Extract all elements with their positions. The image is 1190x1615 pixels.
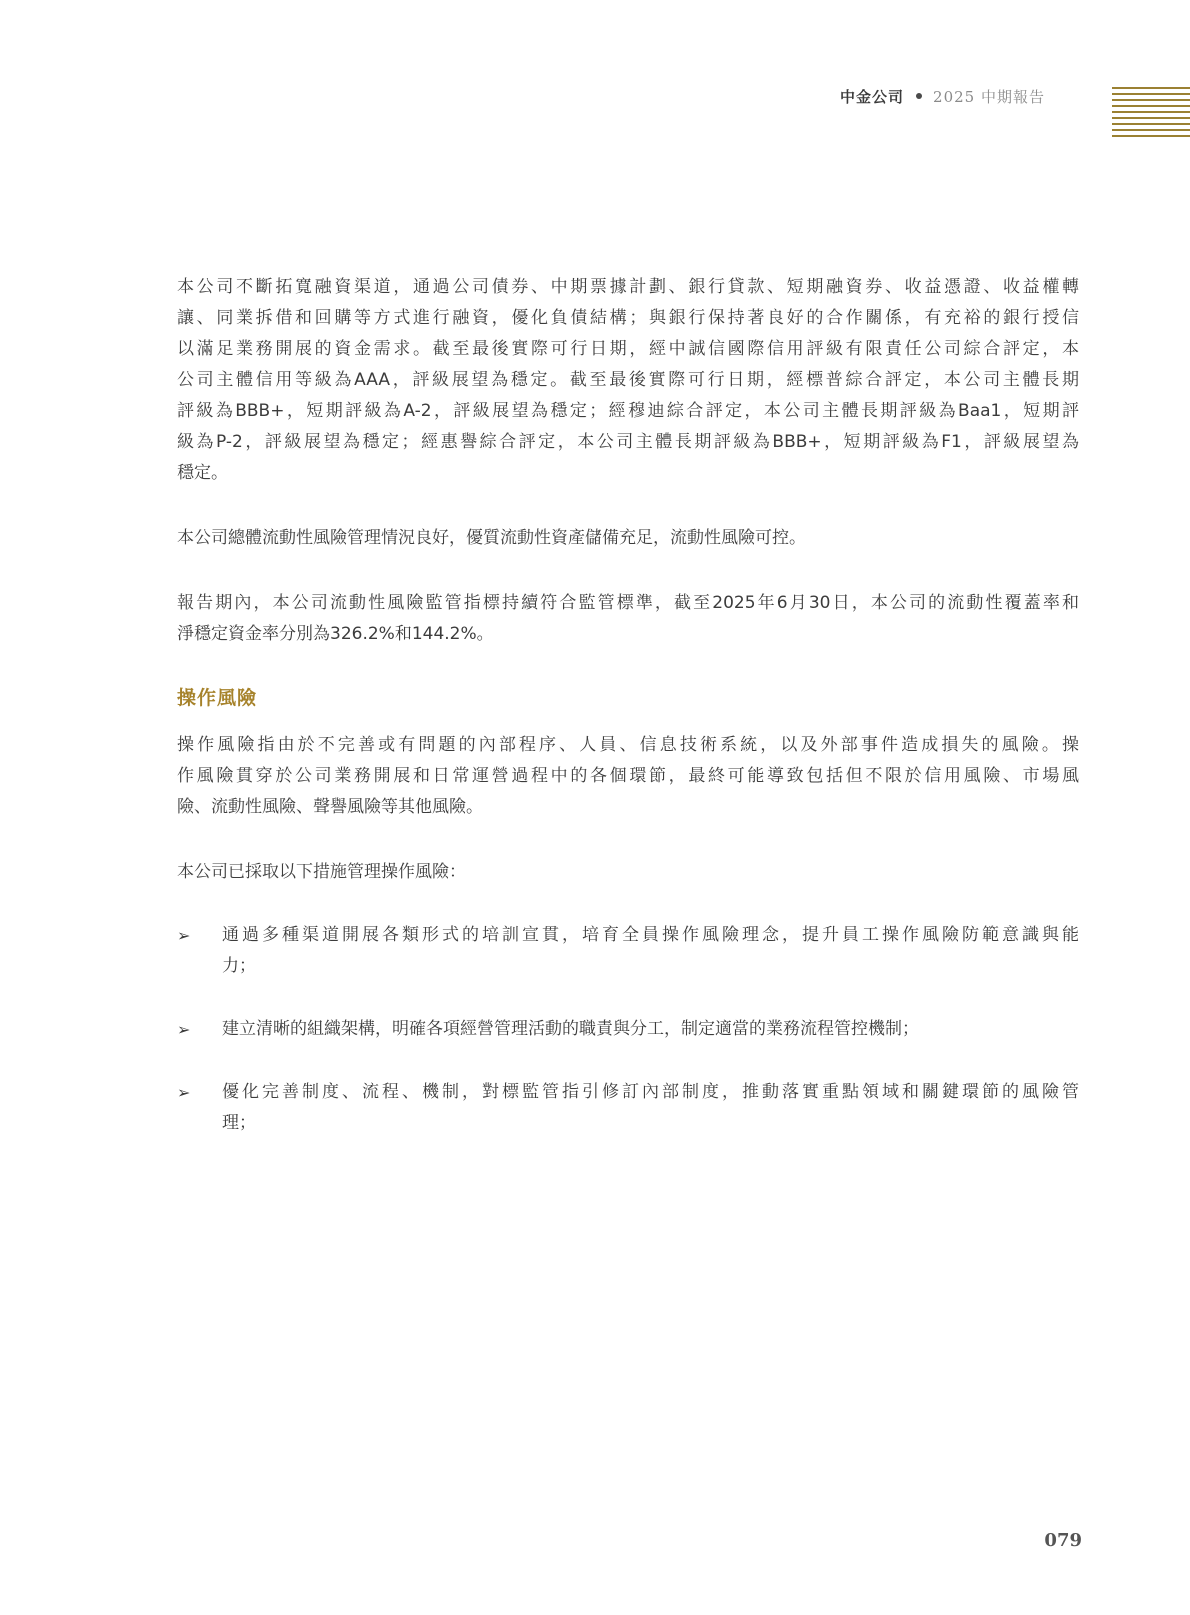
arrow-bullet-icon: ➢: [177, 1077, 197, 1108]
text-line: 建立清晰的組織架構，明確各項經營管理活動的職責與分工，制定適當的業務流程管控機制…: [222, 1014, 1079, 1045]
text-line: 報告期內，本公司流動性風險監管指標持續符合監管標準，截至2025年6月30日，本…: [177, 588, 1079, 619]
text-line: 本公司不斷拓寬融資渠道，通過公司債券、中期票據計劃、銀行貸款、短期融資券、收益憑…: [177, 272, 1079, 303]
text-line: 操作風險指由於不完善或有問題的內部程序、人員、信息技術系統，以及外部事件造成損失…: [177, 730, 1079, 761]
text-line: 本公司已採取以下措施管理操作風險：: [177, 857, 1079, 888]
arrow-bullet-icon: ➢: [177, 1014, 197, 1045]
list-item: ➢ 建立清晰的組織架構，明確各項經營管理活動的職責與分工，制定適當的業務流程管控…: [177, 1014, 1079, 1045]
text-line: 淨穩定資金率分別為326.2%和144.2%。: [177, 619, 1079, 650]
paragraph-liquidity-overall: 本公司總體流動性風險管理情況良好，優質流動性資產儲備充足，流動性風險可控。: [177, 523, 1079, 554]
paragraph-financing-channels: 本公司不斷拓寬融資渠道，通過公司債券、中期票據計劃、銀行貸款、短期融資券、收益憑…: [177, 272, 1079, 489]
text-line: 通過多種渠道開展各類形式的培訓宣貫，培育全員操作風險理念，提升員工操作風險防範意…: [222, 920, 1079, 951]
page-number: 079: [1012, 1530, 1082, 1551]
text-line: 作風險貫穿於公司業務開展和日常運營過程中的各個環節，最終可能導致包括但不限於信用…: [177, 761, 1079, 792]
text-line: 險、流動性風險、聲譽風險等其他風險。: [177, 792, 1079, 823]
list-item: ➢ 通過多種渠道開展各類形式的培訓宣貫，培育全員操作風險理念，提升員工操作風險防…: [177, 920, 1079, 982]
arrow-bullet-icon: ➢: [177, 920, 197, 951]
text-line: 以滿足業務開展的資金需求。截至最後實際可行日期，經中誠信國際信用評級有限責任公司…: [177, 334, 1079, 365]
text-line: 優化完善制度、流程、機制，對標監管指引修訂內部制度，推動落實重點領域和關鍵環節的…: [222, 1077, 1079, 1108]
text-line: 讓、同業拆借和回購等方式進行融資，優化負債結構；與銀行保持著良好的合作關係，有充…: [177, 303, 1079, 334]
text-line: 理；: [222, 1108, 1079, 1139]
decorative-stripes-icon: [1112, 87, 1190, 137]
measures-list: ➢ 通過多種渠道開展各類形式的培訓宣貫，培育全員操作風險理念，提升員工操作風險防…: [177, 920, 1079, 1139]
text-line: 級為P-2，評級展望為穩定；經惠譽綜合評定，本公司主體長期評級為BBB+，短期評…: [177, 427, 1079, 458]
running-header: 中金公司 2025 中期報告: [840, 84, 1045, 108]
text-line: 公司主體信用等級為AAA，評級展望為穩定。截至最後實際可行日期，經標普綜合評定，…: [177, 365, 1079, 396]
paragraph-liquidity-metrics: 報告期內，本公司流動性風險監管指標持續符合監管標準，截至2025年6月30日，本…: [177, 588, 1079, 650]
bullet-separator-icon: [916, 93, 922, 99]
section-heading-operational-risk: 操作風險: [177, 684, 1079, 712]
text-line: 穩定。: [177, 458, 1079, 489]
header-company-name: 中金公司: [840, 86, 904, 107]
page-body: 本公司不斷拓寬融資渠道，通過公司債券、中期票據計劃、銀行貸款、短期融資券、收益憑…: [177, 272, 1079, 1171]
paragraph-measures-intro: 本公司已採取以下措施管理操作風險：: [177, 857, 1079, 888]
text-line: 評級為BBB+，短期評級為A-2，評級展望為穩定；經穆迪綜合評定，本公司主體長期…: [177, 396, 1079, 427]
paragraph-operational-risk-definition: 操作風險指由於不完善或有問題的內部程序、人員、信息技術系統，以及外部事件造成損失…: [177, 730, 1079, 823]
text-line: 力；: [222, 951, 1079, 982]
list-item: ➢ 優化完善制度、流程、機制，對標監管指引修訂內部制度，推動落實重點領域和關鍵環…: [177, 1077, 1079, 1139]
header-report-title: 2025 中期報告: [933, 86, 1045, 107]
text-line: 本公司總體流動性風險管理情況良好，優質流動性資產儲備充足，流動性風險可控。: [177, 523, 1079, 554]
